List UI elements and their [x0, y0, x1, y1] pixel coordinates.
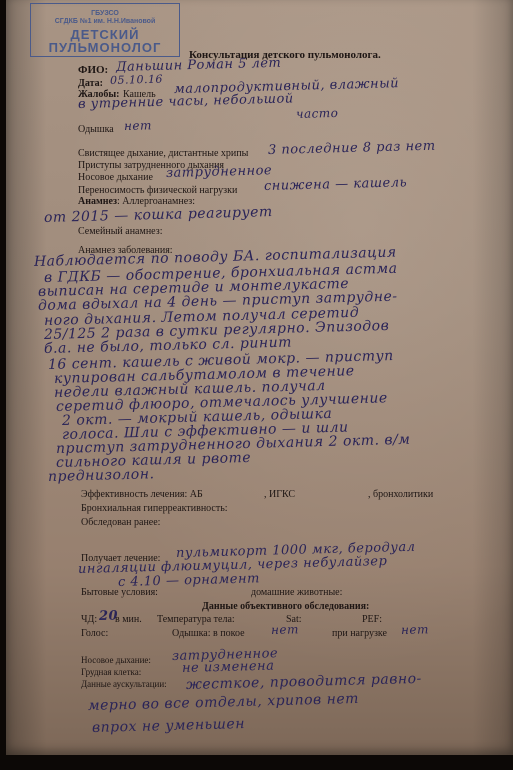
dyspnea-value: нет — [124, 118, 152, 133]
family-history-label: Семейный анамнез: — [78, 226, 162, 237]
voice-label: Голос: — [81, 628, 108, 639]
fio-label: ФИО: — [78, 64, 108, 76]
examined-before-label: Обследован ранее: — [81, 517, 160, 528]
anamnesis-heading: Анамнез: Аллергоанамнез: — [78, 196, 195, 207]
igks-label: , ИГКС — [264, 489, 295, 500]
rr-label: ЧД: — [81, 614, 97, 625]
stamp-line-2: СГДКБ №1 им. Н.Н.Ивановой — [31, 18, 179, 25]
auscultation-label: Данные аускультации: — [81, 679, 167, 689]
stamp-line-1: ГБУЗСО — [31, 10, 179, 17]
rr-unit: в мин. — [115, 614, 142, 625]
objective-exam-title: Данные объективного обследования: — [202, 601, 369, 612]
pets-label: домашние животные: — [251, 587, 342, 598]
exercise-tolerance-label: Переносимость физической нагрузки — [78, 185, 237, 196]
hyperreactivity-label: Бронхиальная гиперреактивность: — [81, 503, 228, 514]
efficacy-label: Эффективность лечения: АБ — [81, 489, 203, 500]
stamp-line-4: ПУЛЬМОНОЛОГ — [31, 41, 179, 54]
chest-label: Грудная клетка: — [81, 667, 141, 677]
load-dyspnea-label: при нагрузке — [332, 628, 387, 639]
chest-value: не изменена — [182, 659, 275, 676]
cough-value-3: часто — [296, 106, 339, 121]
wheeze-label: Свистящее дыхание, дистантные хрипы — [78, 148, 248, 159]
bronchodilators-label: , бронхолитики — [368, 489, 433, 500]
date-label: Дата: — [78, 78, 103, 89]
nasal-breathing-exam-label: Носовое дыхание: — [81, 655, 151, 665]
rest-dyspnea-label: Одышка: в покое — [172, 628, 245, 639]
nasal-breathing-value: затрудненное — [166, 163, 273, 181]
institution-stamp: ГБУЗСО СГДКБ №1 им. Н.Н.Ивановой ДЕТСКИЙ… — [30, 3, 180, 57]
form-paper: ГБУЗСО СГДКБ №1 им. Н.Н.Ивановой ДЕТСКИЙ… — [6, 0, 513, 755]
anamnesis-label: Анамнез — [78, 196, 117, 207]
load-dyspnea-value: нет — [401, 622, 429, 637]
nasal-breathing-label: Носовое дыхание — [78, 172, 153, 183]
dyspnea-label: Одышка — [78, 124, 114, 135]
pef-label: PEF: — [362, 614, 382, 625]
temperature-label: Температура тела: — [157, 614, 235, 625]
living-conditions-label: Бытовые условия: — [81, 587, 158, 598]
rest-dyspnea-value: нет — [271, 622, 299, 637]
disease-history-line: преднизолон. — [48, 466, 155, 485]
date-value: 05.10.16 — [110, 73, 163, 87]
